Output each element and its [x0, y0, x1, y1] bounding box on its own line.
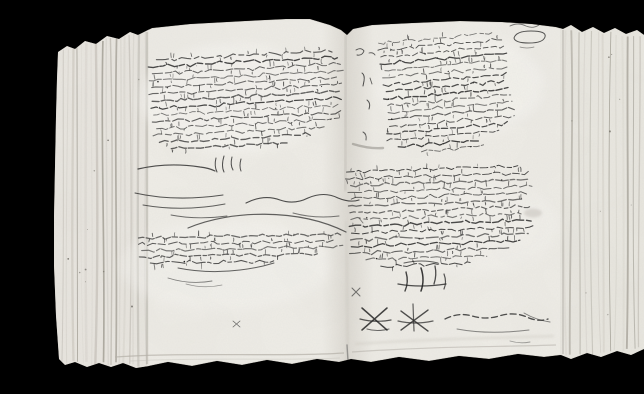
manuscript-book-canvas — [40, 16, 644, 378]
smudge-blob — [524, 209, 542, 218]
manuscript-photo: Black-and-white photograph of an open bo… — [40, 16, 644, 378]
